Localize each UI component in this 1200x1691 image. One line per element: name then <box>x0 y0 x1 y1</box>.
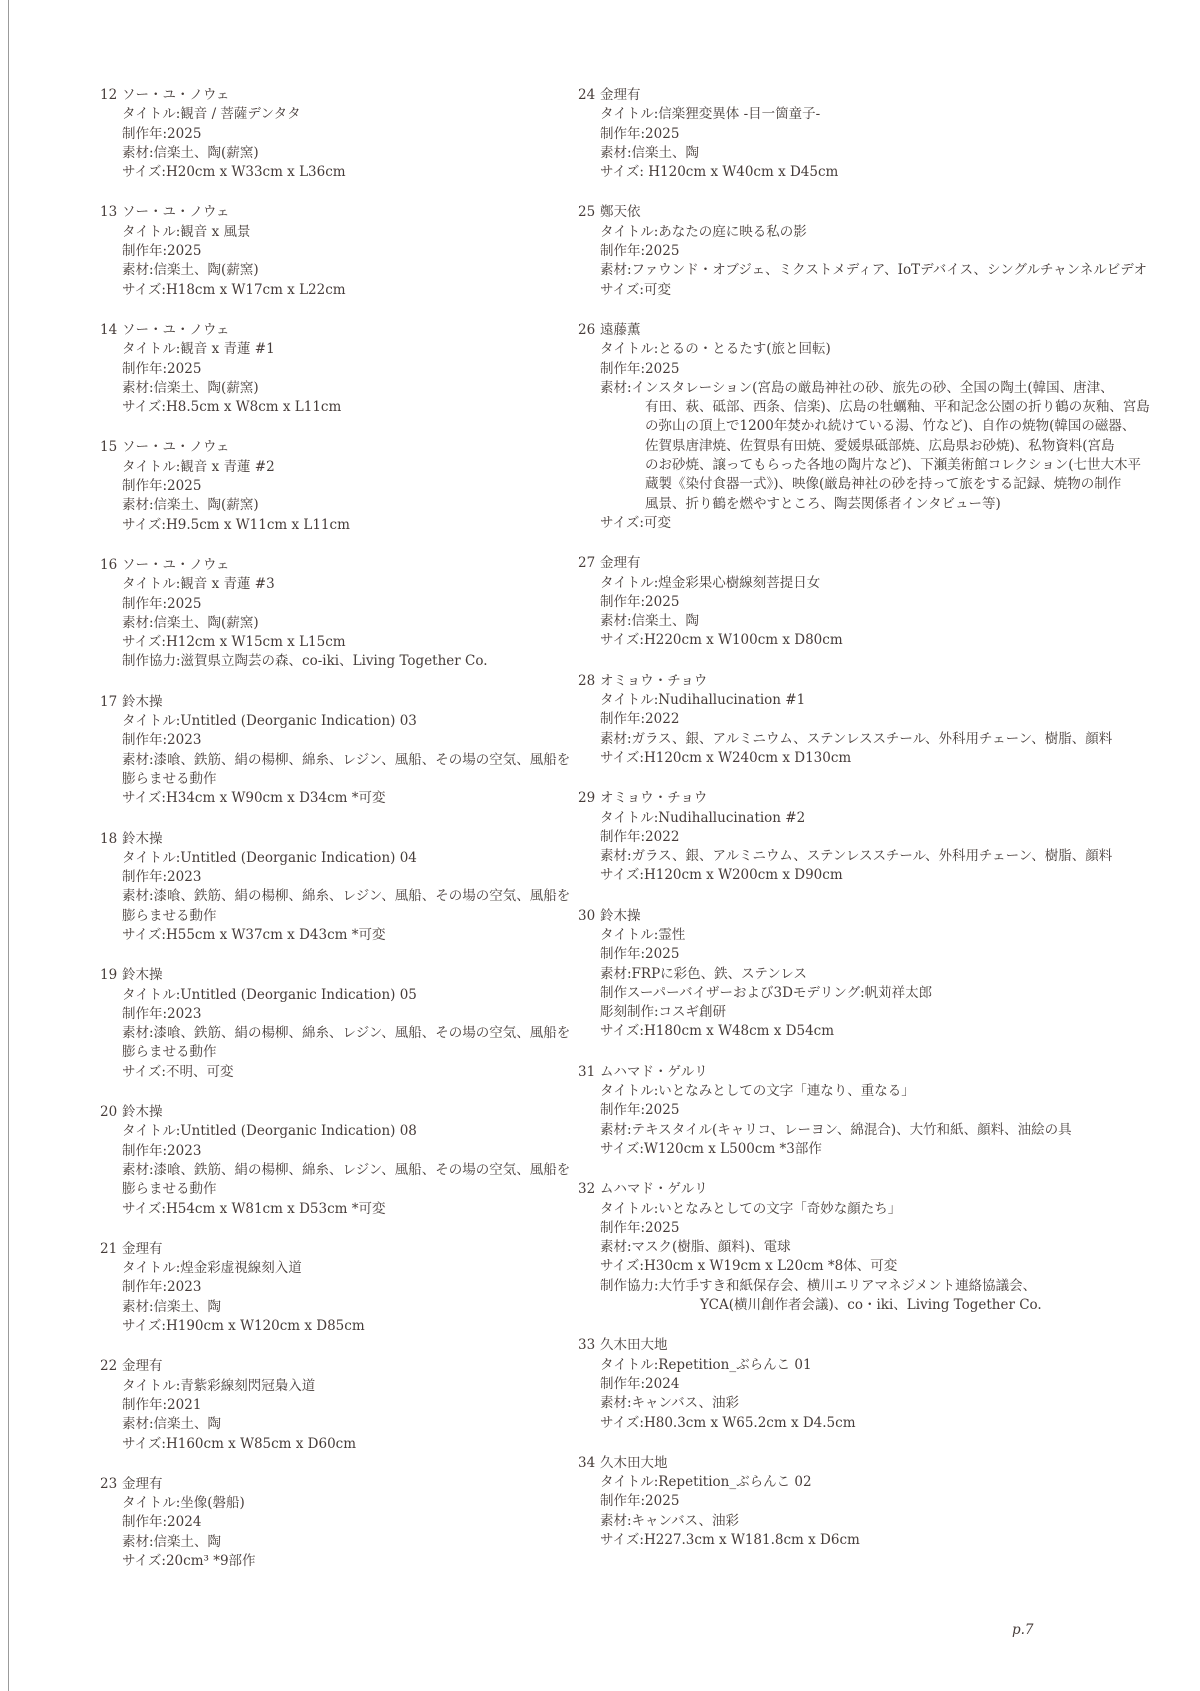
entry-line: タイトル:Untitled (Deorganic Indication) 04 <box>122 849 580 868</box>
entry-line: サイズ:H12cm x W15cm x L15cm <box>122 633 580 652</box>
entry-line: 素材:信楽土、陶 <box>122 1533 580 1552</box>
entry-line: タイトル:煌金彩虚視線刻入道 <box>122 1259 580 1278</box>
artist-name: 鈴木操 <box>122 1103 580 1122</box>
catalog-entry: 30鈴木操タイトル:霊性制作年:2025素材:FRPに彩色、鉄、ステンレス制作ス… <box>578 907 1188 1042</box>
entry-line: 素材:信楽土、陶 <box>122 1415 580 1434</box>
catalog-right-column: 24金理有タイトル:信楽狸変異体 -目一箇童子-制作年:2025素材:信楽土、陶… <box>578 86 1188 1571</box>
entry-line: 制作協力:大竹手すき和紙保存会、横川エリアマネジメント連絡協議会、 <box>600 1277 1188 1296</box>
entry-line: 制作年:2025 <box>600 1101 1188 1120</box>
entry-line: サイズ:可変 <box>600 514 1188 533</box>
artist-name: オミョウ・チョウ <box>600 672 1188 691</box>
entry-line: 制作年:2025 <box>122 477 580 496</box>
entry-number: 13 <box>100 203 122 299</box>
artist-name: 鈴木操 <box>122 693 580 712</box>
entry-line: 素材:ファウンド・オブジェ、ミクストメディア、IoTデバイス、シングルチャンネル… <box>600 261 1188 280</box>
entry-line: 素材:マスク(樹脂、顔料)、電球 <box>600 1238 1188 1257</box>
artist-name: 金理有 <box>600 554 1188 573</box>
catalog-entry: 12ソー・ユ・ノウェタイトル:観音 / 菩薩デンタタ制作年:2025素材:信楽土… <box>100 86 580 182</box>
artist-name: ソー・ユ・ノウェ <box>122 86 580 105</box>
entry-line: 制作年:2021 <box>122 1396 580 1415</box>
entry-line: 素材:キャンバス、油彩 <box>600 1394 1188 1413</box>
entry-line: 風景、折り鶴を燃やすところ、陶芸関係者インタビュー等) <box>600 495 1188 514</box>
entry-line: 制作年:2025 <box>600 593 1188 612</box>
entry-line: 制作年:2024 <box>600 1375 1188 1394</box>
entry-number: 24 <box>578 86 600 182</box>
entry-line: サイズ:H190cm x W120cm x D85cm <box>122 1317 580 1336</box>
entry-number: 12 <box>100 86 122 182</box>
entry-line: サイズ:H180cm x W48cm x D54cm <box>600 1022 1188 1041</box>
entry-number: 21 <box>100 1240 122 1336</box>
entry-number: 25 <box>578 203 600 299</box>
entry-line: 制作年:2023 <box>122 1005 580 1024</box>
entry-number: 14 <box>100 321 122 417</box>
catalog-entry: 27金理有タイトル:煌金彩果心樹線刻菩提日女制作年:2025素材:信楽土、陶サイ… <box>578 554 1188 650</box>
catalog-entry: 26遠藤薫タイトル:とるの・とるたす(旅と回転)制作年:2025素材:インスタレ… <box>578 321 1188 533</box>
entry-line: サイズ:H120cm x W200cm x D90cm <box>600 866 1188 885</box>
entry-line: 制作年:2025 <box>122 360 580 379</box>
entry-line: 素材:ガラス、銀、アルミニウム、ステンレススチール、外科用チェーン、樹脂、顔料 <box>600 847 1188 866</box>
entry-number: 19 <box>100 966 122 1082</box>
artist-name: 金理有 <box>122 1357 580 1376</box>
entry-number: 15 <box>100 438 122 534</box>
entry-line: タイトル:Untitled (Deorganic Indication) 03 <box>122 712 580 731</box>
page-edge-line <box>8 0 9 1691</box>
entry-line: サイズ:H80.3cm x W65.2cm x D4.5cm <box>600 1414 1188 1433</box>
entry-line: 制作スーパーバイザーおよび3Dモデリング:帆苅祥太郎 <box>600 984 1188 1003</box>
entry-line: 素材:信楽土、陶(薪窯) <box>122 496 580 515</box>
entry-line: 素材:信楽土、陶 <box>600 144 1188 163</box>
catalog-entry: 33久木田大地タイトル:Repetition_ぶらんこ 01制作年:2024素材… <box>578 1336 1188 1432</box>
catalog-entry: 13ソー・ユ・ノウェタイトル:観音 x 風景制作年:2025素材:信楽土、陶(薪… <box>100 203 580 299</box>
entry-line: 制作年:2025 <box>122 125 580 144</box>
artist-name: ムハマド・ゲルリ <box>600 1063 1188 1082</box>
artist-name: 鈴木操 <box>122 830 580 849</box>
artist-name: 金理有 <box>600 86 1188 105</box>
catalog-entry: 19鈴木操タイトル:Untitled (Deorganic Indication… <box>100 966 580 1082</box>
entry-line: タイトル:Nudihallucination #2 <box>600 809 1188 828</box>
entry-line: サイズ:可変 <box>600 281 1188 300</box>
artist-name: 久木田大地 <box>600 1454 1188 1473</box>
entry-number: 17 <box>100 693 122 809</box>
artist-name: ソー・ユ・ノウェ <box>122 203 580 222</box>
entry-line: 制作年:2022 <box>600 710 1188 729</box>
catalog-left-column: 12ソー・ユ・ノウェタイトル:観音 / 菩薩デンタタ制作年:2025素材:信楽土… <box>100 86 580 1592</box>
artist-name: ソー・ユ・ノウェ <box>122 438 580 457</box>
entry-line: タイトル:煌金彩果心樹線刻菩提日女 <box>600 574 1188 593</box>
entry-line: サイズ:20cm³ *9部作 <box>122 1552 580 1571</box>
catalog-entry: 25鄭天依タイトル:あなたの庭に映る私の影制作年:2025素材:ファウンド・オブ… <box>578 203 1188 299</box>
entry-number: 34 <box>578 1454 600 1550</box>
entry-line: タイトル:観音 x 青蓮 #3 <box>122 575 580 594</box>
catalog-entry: 29オミョウ・チョウタイトル:Nudihallucination #2制作年:2… <box>578 789 1188 885</box>
entry-line: 素材:漆喰、鉄筋、絹の楊柳、綿糸、レジン、風船、その場の空気、風船を膨らませる動… <box>122 1161 580 1200</box>
entry-line: サイズ:H18cm x W17cm x L22cm <box>122 281 580 300</box>
entry-number: 23 <box>100 1475 122 1571</box>
entry-number: 33 <box>578 1336 600 1432</box>
entry-line: サイズ:H8.5cm x W8cm x L11cm <box>122 398 580 417</box>
entry-line: 制作年:2022 <box>600 828 1188 847</box>
artist-name: 鈴木操 <box>600 907 1188 926</box>
entry-line: 素材:インスタレーション(宮島の厳島神社の砂、旅先の砂、全国の陶土(韓国、唐津、 <box>600 379 1188 398</box>
catalog-entry: 32ムハマド・ゲルリタイトル:いとなみとしての文字「奇妙な顔たち」制作年:202… <box>578 1180 1188 1315</box>
entry-line: サイズ:H120cm x W240cm x D130cm <box>600 749 1188 768</box>
entry-line: 素材:漆喰、鉄筋、絹の楊柳、綿糸、レジン、風船、その場の空気、風船を膨らませる動… <box>122 751 580 790</box>
catalog-entry: 22金理有タイトル:青紫彩線刻閃冠梟入道制作年:2021素材:信楽土、陶サイズ:… <box>100 1357 580 1453</box>
entry-line: サイズ:H220cm x W100cm x D80cm <box>600 631 1188 650</box>
entry-line: 制作年:2023 <box>122 868 580 887</box>
entry-line: 素材:信楽土、陶(薪窯) <box>122 614 580 633</box>
entry-line: 制作年:2023 <box>122 731 580 750</box>
entry-number: 18 <box>100 830 122 946</box>
entry-line: 制作年:2025 <box>600 1492 1188 1511</box>
entry-line: YCA(横川創作者会議)、co・iki、Living Together Co. <box>600 1296 1188 1315</box>
entry-line: タイトル:観音 x 風景 <box>122 223 580 242</box>
entry-line: 素材:信楽土、陶 <box>122 1298 580 1317</box>
catalog-entry: 15ソー・ユ・ノウェタイトル:観音 x 青蓮 #2制作年:2025素材:信楽土、… <box>100 438 580 534</box>
catalog-entry: 31ムハマド・ゲルリタイトル:いとなみとしての文字「連なり、重なる」制作年:20… <box>578 1063 1188 1159</box>
catalog-entry: 20鈴木操タイトル:Untitled (Deorganic Indication… <box>100 1103 580 1219</box>
artist-name: 金理有 <box>122 1240 580 1259</box>
entry-line: タイトル:坐像(磐船) <box>122 1494 580 1513</box>
entry-line: 蔵製《染付食器一式》)、映像(厳島神社の砂を持って旅をする記録、焼物の制作 <box>600 475 1188 494</box>
entry-line: サイズ:H227.3cm x W181.8cm x D6cm <box>600 1531 1188 1550</box>
entry-line: タイトル:青紫彩線刻閃冠梟入道 <box>122 1377 580 1396</box>
entry-line: 制作年:2025 <box>600 945 1188 964</box>
entry-number: 28 <box>578 672 600 768</box>
entry-line: 制作年:2023 <box>122 1278 580 1297</box>
entry-line: 有田、萩、砥部、西条、信楽)、広島の牡蠣釉、平和記念公園の折り鶴の灰釉、宮島 <box>600 398 1188 417</box>
catalog-entry: 18鈴木操タイトル:Untitled (Deorganic Indication… <box>100 830 580 946</box>
entry-number: 16 <box>100 556 122 672</box>
entry-number: 20 <box>100 1103 122 1219</box>
entry-line: 素材:ガラス、銀、アルミニウム、ステンレススチール、外科用チェーン、樹脂、顔料 <box>600 730 1188 749</box>
artist-name: ソー・ユ・ノウェ <box>122 321 580 340</box>
artist-name: 金理有 <box>122 1475 580 1494</box>
catalog-entry: 17鈴木操タイトル:Untitled (Deorganic Indication… <box>100 693 580 809</box>
catalog-entry: 21金理有タイトル:煌金彩虚視線刻入道制作年:2023素材:信楽土、陶サイズ:H… <box>100 1240 580 1336</box>
entry-line: サイズ:H160cm x W85cm x D60cm <box>122 1435 580 1454</box>
entry-line: サイズ:H54cm x W81cm x D53cm *可変 <box>122 1200 580 1219</box>
entry-line: タイトル:あなたの庭に映る私の影 <box>600 223 1188 242</box>
entry-line: サイズ:H30cm x W19cm x L20cm *8体、可変 <box>600 1257 1188 1276</box>
entry-number: 31 <box>578 1063 600 1159</box>
entry-line: 制作年:2025 <box>600 1219 1188 1238</box>
entry-number: 22 <box>100 1357 122 1453</box>
entry-line: 素材:キャンバス、油彩 <box>600 1512 1188 1531</box>
entry-line: サイズ:H55cm x W37cm x D43cm *可変 <box>122 926 580 945</box>
catalog-entry: 16ソー・ユ・ノウェタイトル:観音 x 青蓮 #3制作年:2025素材:信楽土、… <box>100 556 580 672</box>
entry-line: 素材:FRPに彩色、鉄、ステンレス <box>600 965 1188 984</box>
entry-line: タイトル:観音 / 菩薩デンタタ <box>122 105 580 124</box>
entry-line: のお砂焼、譲ってもらった各地の陶片など)、下瀬美術館コレクション(七世大木平 <box>600 456 1188 475</box>
entry-number: 32 <box>578 1180 600 1315</box>
entry-line: 素材:信楽土、陶(薪窯) <box>122 379 580 398</box>
entry-line: 制作年:2025 <box>600 242 1188 261</box>
entry-line: 素材:漆喰、鉄筋、絹の楊柳、綿糸、レジン、風船、その場の空気、風船を膨らませる動… <box>122 887 580 926</box>
entry-line: タイトル:観音 x 青蓮 #1 <box>122 340 580 359</box>
entry-line: タイトル:Untitled (Deorganic Indication) 08 <box>122 1122 580 1141</box>
artist-name: 久木田大地 <box>600 1336 1188 1355</box>
entry-line: タイトル:いとなみとしての文字「連なり、重なる」 <box>600 1082 1188 1101</box>
entry-line: サイズ:H9.5cm x W11cm x L11cm <box>122 516 580 535</box>
entry-line: 制作協力:滋賀県立陶芸の森、co-iki、Living Together Co. <box>122 652 580 671</box>
entry-number: 26 <box>578 321 600 533</box>
entry-line: タイトル:いとなみとしての文字「奇妙な顔たち」 <box>600 1200 1188 1219</box>
entry-line: タイトル:Repetition_ぶらんこ 01 <box>600 1356 1188 1375</box>
artist-name: 鈴木操 <box>122 966 580 985</box>
entry-number: 30 <box>578 907 600 1042</box>
entry-line: 素材:信楽土、陶 <box>600 612 1188 631</box>
entry-line: 制作年:2023 <box>122 1142 580 1161</box>
entry-line: タイトル:霊性 <box>600 926 1188 945</box>
artist-name: オミョウ・チョウ <box>600 789 1188 808</box>
entry-line: 彫刻制作:コスギ創研 <box>600 1003 1188 1022</box>
catalog-entry: 14ソー・ユ・ノウェタイトル:観音 x 青蓮 #1制作年:2025素材:信楽土、… <box>100 321 580 417</box>
entry-number: 29 <box>578 789 600 885</box>
entry-line: 素材:テキスタイル(キャリコ、レーヨン、綿混合)、大竹和紙、顔料、油絵の具 <box>600 1121 1188 1140</box>
catalog-entry: 23金理有タイトル:坐像(磐船)制作年:2024素材:信楽土、陶サイズ:20cm… <box>100 1475 580 1571</box>
entry-line: 佐賀県唐津焼、佐賀県有田焼、愛媛県砥部焼、広島県お砂焼)、私物資料(宮島 <box>600 437 1188 456</box>
entry-line: サイズ:不明、可変 <box>122 1063 580 1082</box>
artist-name: 遠藤薫 <box>600 321 1188 340</box>
entry-line: サイズ:H34cm x W90cm x D34cm *可変 <box>122 789 580 808</box>
artist-name: 鄭天依 <box>600 203 1188 222</box>
entry-line: タイトル:Untitled (Deorganic Indication) 05 <box>122 986 580 1005</box>
artist-name: ソー・ユ・ノウェ <box>122 556 580 575</box>
entry-line: サイズ:W120cm x L500cm *3部作 <box>600 1140 1188 1159</box>
entry-line: タイトル:Nudihallucination #1 <box>600 691 1188 710</box>
entry-line: サイズ: H120cm x W40cm x D45cm <box>600 163 1188 182</box>
entry-line: サイズ:H20cm x W33cm x L36cm <box>122 163 580 182</box>
catalog-entry: 34久木田大地タイトル:Repetition_ぶらんこ 02制作年:2025素材… <box>578 1454 1188 1550</box>
entry-line: 素材:漆喰、鉄筋、絹の楊柳、綿糸、レジン、風船、その場の空気、風船を膨らませる動… <box>122 1024 580 1063</box>
catalog-entry: 24金理有タイトル:信楽狸変異体 -目一箇童子-制作年:2025素材:信楽土、陶… <box>578 86 1188 182</box>
entry-line: 制作年:2024 <box>122 1513 580 1532</box>
entry-line: タイトル:とるの・とるたす(旅と回転) <box>600 340 1188 359</box>
entry-line: 制作年:2025 <box>122 595 580 614</box>
entry-line: タイトル:信楽狸変異体 -目一箇童子- <box>600 105 1188 124</box>
entry-line: 制作年:2025 <box>122 242 580 261</box>
page-number: p.7 <box>1012 1622 1034 1638</box>
entry-line: の弥山の頂上で1200年焚かれ続けている湯、竹など)、自作の焼物(韓国の磁器、 <box>600 417 1188 436</box>
artist-name: ムハマド・ゲルリ <box>600 1180 1188 1199</box>
catalog-entry: 28オミョウ・チョウタイトル:Nudihallucination #1制作年:2… <box>578 672 1188 768</box>
entry-line: タイトル:Repetition_ぶらんこ 02 <box>600 1473 1188 1492</box>
entry-line: 素材:信楽土、陶(薪窯) <box>122 144 580 163</box>
entry-number: 27 <box>578 554 600 650</box>
entry-line: 制作年:2025 <box>600 360 1188 379</box>
entry-line: タイトル:観音 x 青蓮 #2 <box>122 458 580 477</box>
entry-line: 制作年:2025 <box>600 125 1188 144</box>
entry-line: 素材:信楽土、陶(薪窯) <box>122 261 580 280</box>
